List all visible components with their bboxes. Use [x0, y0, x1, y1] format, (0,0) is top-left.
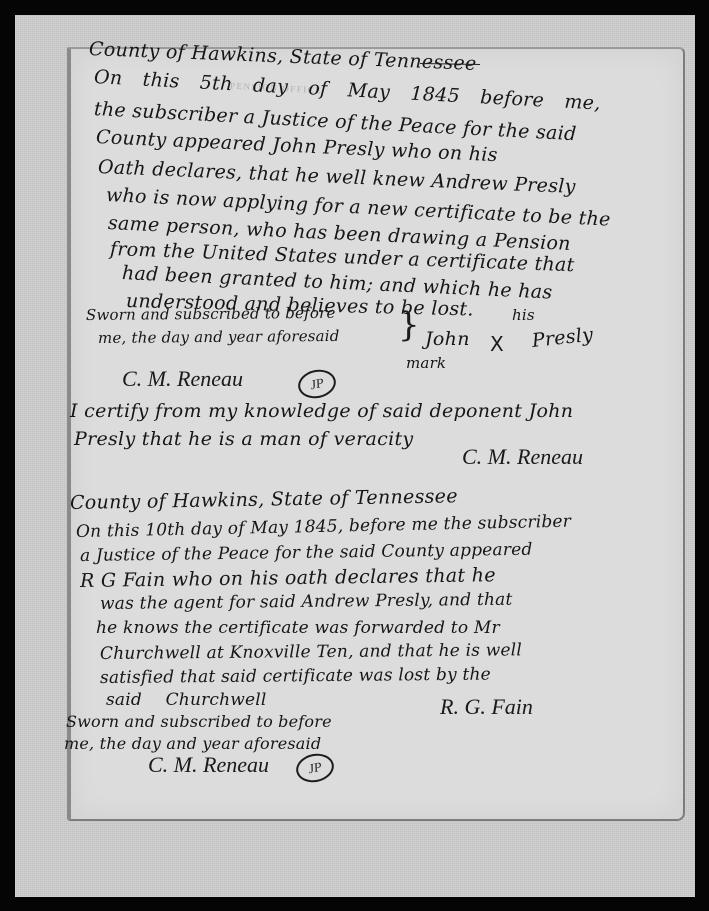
certification-line-1: I certify from my knowledge of said depo… — [70, 402, 573, 421]
affidavit-2-line-9: said Churchwell — [106, 692, 267, 709]
affidavit-2-line-8: satisfied that said certificate was lost… — [100, 667, 491, 687]
deponent-mark-x: X — [490, 332, 504, 356]
affidavit-2-line-5: was the agent for said Andrew Presly, an… — [100, 592, 513, 613]
affidavit-2-line-7: Churchwell at Knoxville Ten, and that he… — [100, 642, 522, 663]
deponent-mark-label: mark — [406, 356, 446, 371]
affidavit-1-jurat-line-1: Sworn and subscribed to before — [86, 306, 336, 323]
deponent-his-label: his — [512, 308, 535, 323]
justice-signature-1: C. M. Reneau — [122, 368, 243, 390]
certification-line-2: Presly that he is a man of veracity — [74, 430, 413, 449]
affidavit-1-jurat-line-2: me, the day and year aforesaid — [98, 329, 340, 346]
certification-signature: C. M. Reneau — [462, 446, 583, 468]
affidavit-2-jurat-line-1: Sworn and subscribed to before — [66, 714, 332, 730]
brace-icon: } — [398, 308, 420, 342]
justice-signature-2: C. M. Reneau — [148, 754, 269, 776]
affidavit-2-jurat-line-2: me, the day and year aforesaid — [64, 736, 321, 752]
affidavit-2-line-6: he knows the certificate was forwarded t… — [96, 620, 500, 637]
deponent-first-name: John — [425, 330, 470, 349]
deponent-signature-2: R. G. Fain — [440, 696, 533, 718]
